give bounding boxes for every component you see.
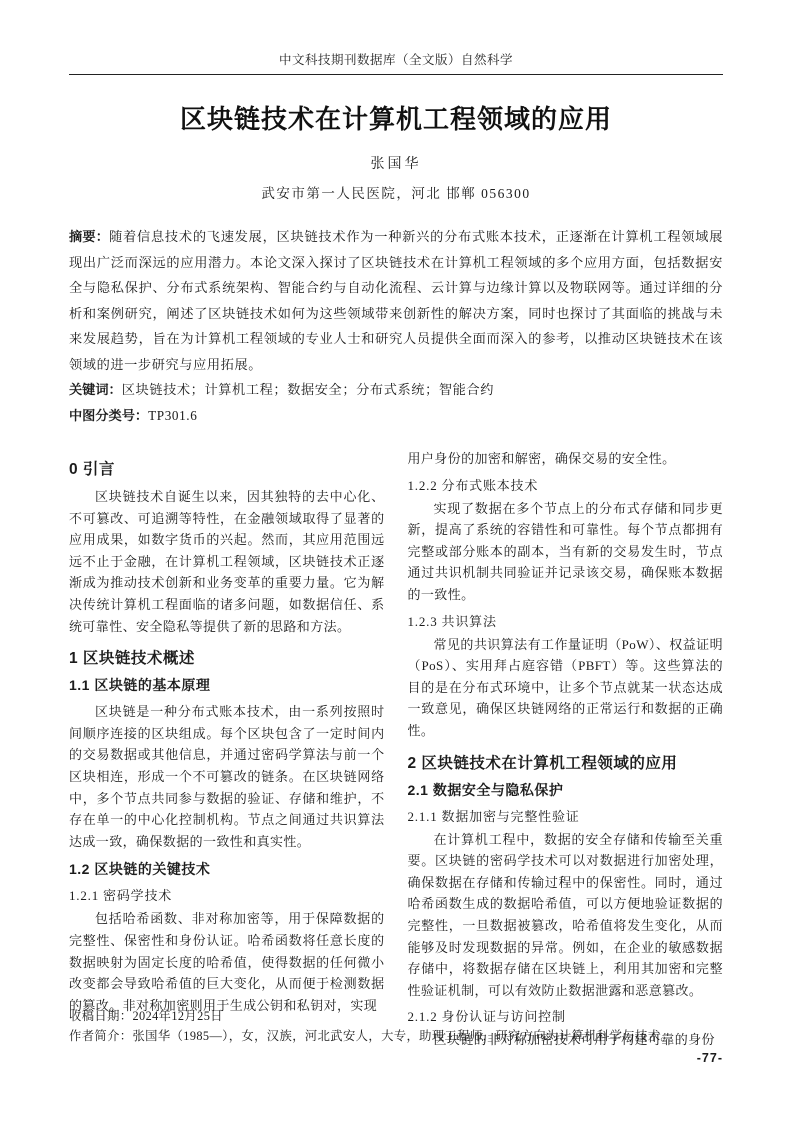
paragraph: 区块链是一种分布式账本技术，由一系列按照时间顺序连接的区块组成。每个区块包含了一…	[69, 701, 385, 852]
section-heading: 0 引言	[69, 457, 385, 479]
page-number: -77-	[69, 1051, 723, 1065]
paragraph: 用户身份的加密和解密，确保交易的安全性。	[408, 448, 724, 470]
abstract-text: 随着信息技术的飞速发展，区块链技术作为一种新兴的分布式账本技术，正逐渐在计算机工…	[69, 229, 723, 372]
author-name: 张国华	[69, 153, 723, 173]
section-heading: 1.2 区块链的关键技术	[69, 859, 385, 879]
section-heading: 1.2.1 密码学技术	[69, 885, 385, 904]
header-rule	[69, 74, 723, 75]
page-footer: 收稿日期：2024年12月25日 作者简介：张国华（1985—），女，汉族，河北…	[69, 1006, 723, 1065]
journal-name: 中文科技期刊数据库（全文版）自然科学	[69, 50, 723, 74]
keywords: 关键词：区块链技术；计算机工程；数据安全；分布式系统；智能合约	[69, 377, 723, 403]
right-column: 用户身份的加密和解密，确保交易的安全性。1.2.2 分布式账本技术实现了数据在多…	[408, 448, 724, 1051]
section-heading: 2.1 数据安全与隐私保护	[408, 780, 724, 800]
author-bio: 作者简介：张国华（1985—），女，汉族，河北武安人，大专，助理工程师，研究方向…	[69, 1026, 723, 1046]
clc-text: TP301.6	[148, 408, 197, 423]
section-heading: 1.2.3 共识算法	[408, 611, 724, 630]
article-title: 区块链技术在计算机工程领域的应用	[69, 99, 723, 136]
journal-header: 中文科技期刊数据库（全文版）自然科学	[69, 50, 723, 75]
paragraph: 实现了数据在多个节点上的分布式存储和同步更新，提高了系统的容错性和可靠性。每个节…	[408, 498, 724, 606]
section-heading: 2.1.1 数据加密与完整性验证	[408, 806, 724, 825]
author-affiliation: 武安市第一人民医院，河北 邯郸 056300	[69, 182, 723, 202]
section-heading: 2 区块链技术在计算机工程领域的应用	[408, 751, 724, 773]
paper-page: 中文科技期刊数据库（全文版）自然科学 区块链技术在计算机工程领域的应用 张国华 …	[0, 0, 793, 1051]
left-column: 0 引言区块链技术自诞生以来，因其独特的去中心化、不可篡改、可追溯等特性，在金融…	[69, 448, 385, 1051]
received-date: 收稿日期：2024年12月25日	[69, 1006, 723, 1026]
abstract: 摘要：随着信息技术的飞速发展，区块链技术作为一种新兴的分布式账本技术，正逐渐在计…	[69, 224, 723, 377]
abstract-label: 摘要：	[69, 229, 109, 244]
front-matter: 摘要：随着信息技术的飞速发展，区块链技术作为一种新兴的分布式账本技术，正逐渐在计…	[69, 224, 723, 428]
section-heading: 1.2.2 分布式账本技术	[408, 475, 724, 494]
two-column-body: 0 引言区块链技术自诞生以来，因其独特的去中心化、不可篡改、可追溯等特性，在金融…	[69, 448, 723, 1051]
paragraph: 常见的共识算法有工作量证明（PoW）、权益证明（PoS）、实用拜占庭容错（PBF…	[408, 634, 724, 742]
clc-label: 中图分类号：	[69, 408, 148, 423]
paragraph: 区块链技术自诞生以来，因其独特的去中心化、不可篡改、可追溯等特性，在金融领域取得…	[69, 486, 385, 637]
paragraph: 在计算机工程中，数据的安全存储和传输至关重要。区块链的密码学技术可以对数据进行加…	[408, 829, 724, 1002]
keywords-text: 区块链技术；计算机工程；数据安全；分布式系统；智能合约	[122, 382, 494, 397]
section-heading: 1.1 区块链的基本原理	[69, 675, 385, 695]
section-heading: 1 区块链技术概述	[69, 646, 385, 668]
clc-number: 中图分类号：TP301.6	[69, 403, 723, 429]
paragraph: 包括哈希函数、非对称加密等，用于保障数据的完整性、保密性和身份认证。哈希函数将任…	[69, 908, 385, 1016]
keywords-label: 关键词：	[69, 382, 122, 397]
